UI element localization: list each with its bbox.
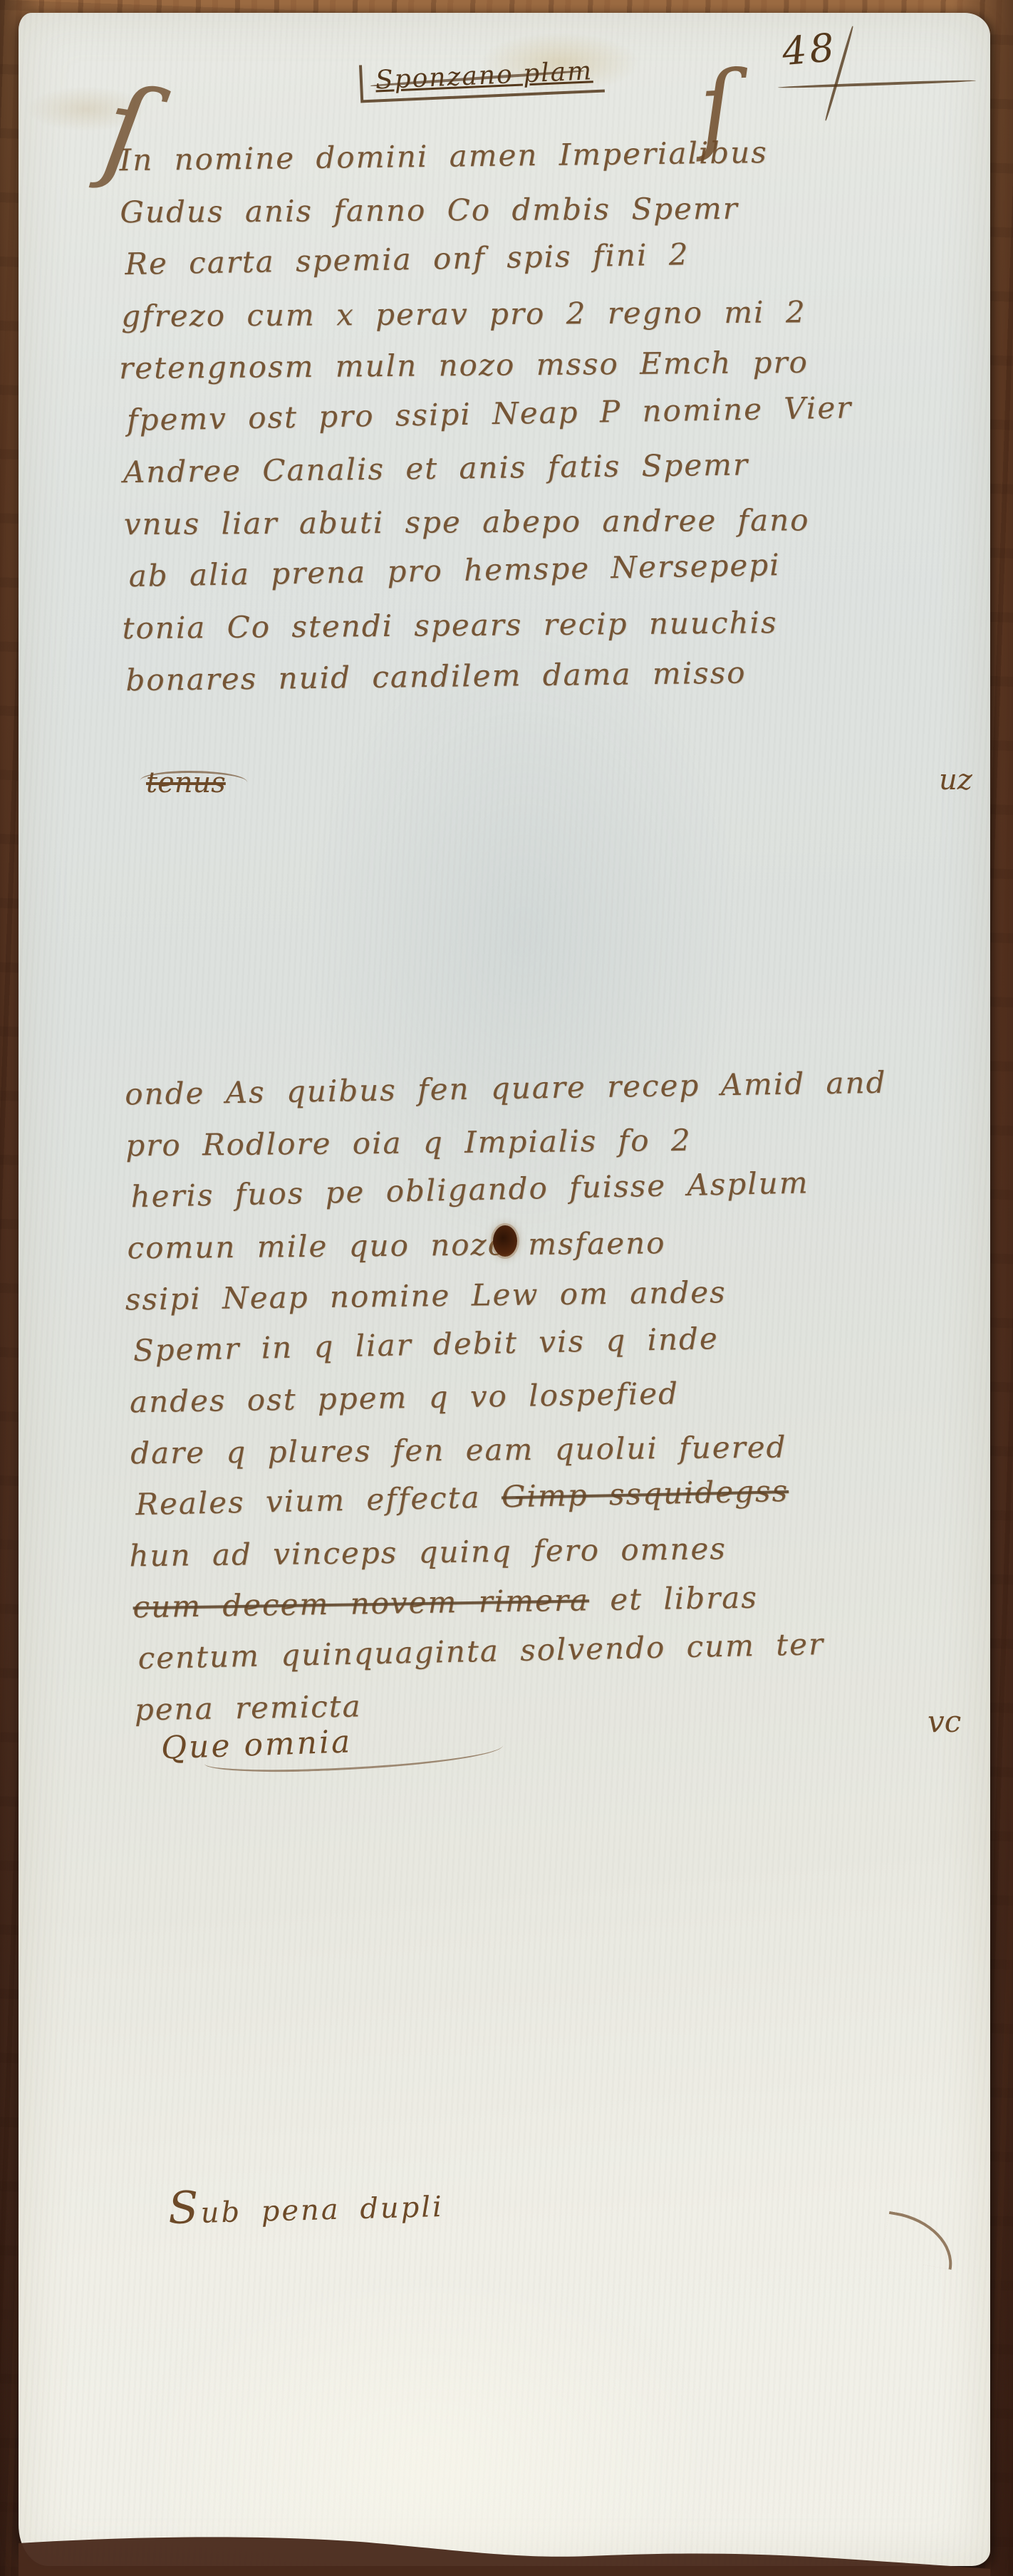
line-segment: et libras — [589, 1580, 759, 1618]
closing-tironian-mark: vc — [928, 1704, 961, 1739]
manuscript-line: hun ad vinceps quinq fero omnes — [129, 1521, 891, 1582]
manuscript-line: onde As quibus fen quare recep Amid and — [125, 1057, 887, 1121]
closing-formula: Que omnia — [160, 1723, 353, 1766]
marginal-note-left-struck: tenus — [146, 767, 226, 799]
manuscript-line: In nomine domini amen Imperialibus — [119, 125, 845, 186]
struck-text: Gimp ssquidegss — [501, 1473, 789, 1514]
marginal-note-right: uz — [939, 764, 972, 796]
first-paragraph: In nomine domini amen Imperialibus Gudus… — [119, 125, 851, 706]
manuscript-line: Andree Canalis et anis fatis Spemr — [123, 437, 848, 498]
penalty-note: Sub pena dupli — [167, 2175, 445, 2234]
folio-number: 48 — [780, 25, 838, 74]
photo-of-manuscript: { "document_kind": "early-modern notaria… — [0, 0, 1013, 2576]
struck-text: cum decem novem rimera — [133, 1582, 589, 1624]
manuscript-line: gfrezo cum x perav pro 2 regno mi 2 — [121, 286, 847, 342]
line-segment: Reales vium effecta — [135, 1480, 502, 1522]
manuscript-line: bonares nuid candilem dama misso — [125, 645, 851, 706]
second-paragraph: onde As quibus fen quare recep Amid and … — [125, 1057, 897, 1736]
wormhole-in-paper — [493, 1225, 517, 1257]
wavy-bottom-paper-edge — [19, 2528, 990, 2576]
manuscript-line: tonia Co stendi spears recip nuuchis — [122, 596, 848, 654]
